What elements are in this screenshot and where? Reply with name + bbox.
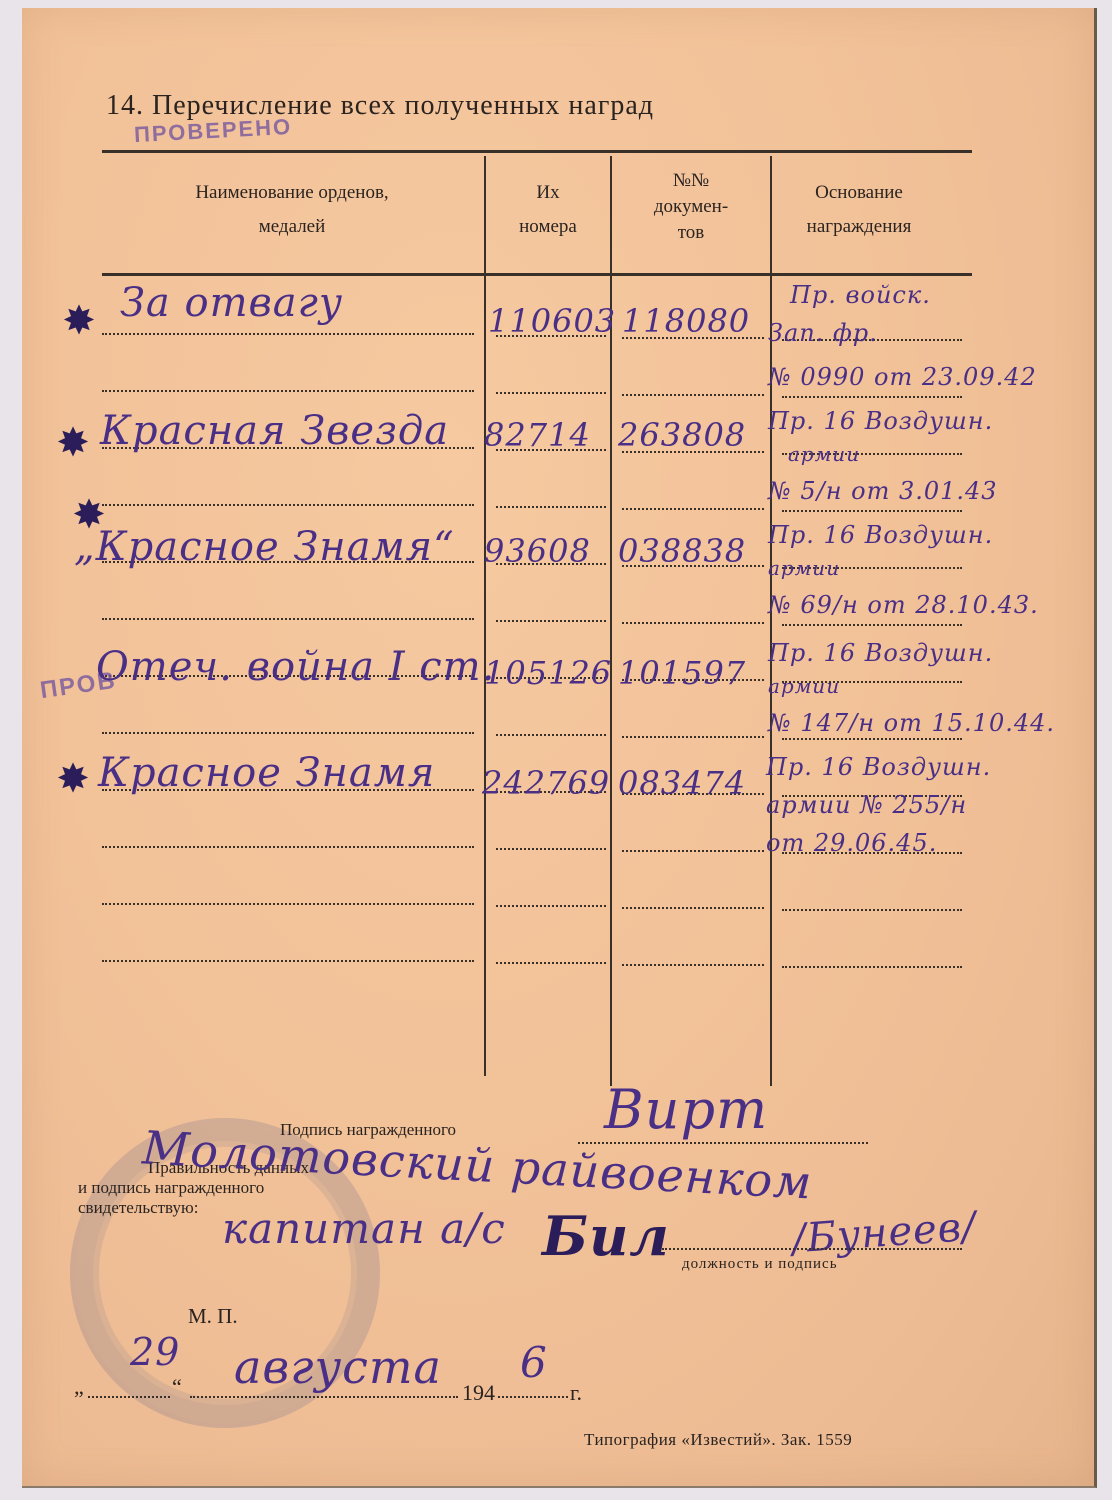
ruling-line xyxy=(622,964,764,966)
date-open-quote: „ xyxy=(74,1374,84,1400)
award-number: 110603 xyxy=(488,302,616,340)
ruling-line xyxy=(102,732,474,734)
ruling-line xyxy=(622,622,764,624)
official-title-line2: капитан а/с xyxy=(222,1204,506,1253)
position-signature-label: должность и подпись xyxy=(682,1256,838,1273)
award-document-number: 083474 xyxy=(618,764,746,802)
award-basis: Пр. 16 Воздушн. армии № 255/н от 29.06.4… xyxy=(766,748,1106,862)
ruling-line xyxy=(782,510,962,512)
ruling-line xyxy=(496,392,606,394)
ruling-line xyxy=(782,909,962,911)
ruling-line xyxy=(622,508,764,510)
table-top-rule xyxy=(102,150,972,153)
ruling-line xyxy=(782,396,962,398)
position-signature-line xyxy=(662,1248,962,1250)
date-close-quote: “ xyxy=(172,1374,182,1400)
award-document-number: 118080 xyxy=(622,302,750,340)
ruling-line xyxy=(622,394,764,396)
award-basis: Пр. 16 Воздушн. армии № 69/н от 28.10.43… xyxy=(768,516,1108,624)
recipient-signature: Вирт xyxy=(604,1078,768,1141)
award-name: За отвагу xyxy=(120,280,343,326)
award-name: Красное Знамя xyxy=(98,750,435,796)
award-document-page: 14. Перечисление всех полученных наград … xyxy=(22,8,1097,1488)
date-year-suffix: г. xyxy=(570,1380,582,1406)
ruling-line xyxy=(496,506,606,508)
seal-label: М. П. xyxy=(188,1304,238,1329)
ruling-line xyxy=(102,903,474,905)
date-year-line xyxy=(498,1396,568,1398)
ruling-line xyxy=(496,905,606,907)
ruling-line xyxy=(102,504,474,506)
award-name: Красная Звезда xyxy=(100,408,449,454)
award-basis: Пр. 16 Воздушн. армии № 147/н от 15.10.4… xyxy=(768,634,1108,742)
award-number: 82714 xyxy=(484,416,591,454)
ruling-line xyxy=(782,966,962,968)
column-header-numbers: Их номера xyxy=(488,176,608,244)
award-number: 93608 xyxy=(484,532,591,570)
star-mark-icon: ✸ xyxy=(56,762,90,796)
ruling-line xyxy=(102,846,474,848)
ruling-line xyxy=(782,624,962,626)
ruling-line xyxy=(622,736,764,738)
award-document-number: 263808 xyxy=(618,416,746,454)
ruling-line xyxy=(622,850,764,852)
award-basis: Пр. 16 Воздушн. армии № 5/н от 3.01.43 xyxy=(768,402,1098,510)
award-number: 105126 xyxy=(484,654,612,692)
date-year-prefix: 194 xyxy=(462,1380,495,1406)
award-name: „Красное Знамя“ xyxy=(74,524,455,570)
star-mark-icon: ✸ xyxy=(62,304,96,338)
ruling-line xyxy=(102,960,474,962)
column-header-document-numbers: №№ докумен- тов xyxy=(614,168,768,246)
ruling-line xyxy=(496,848,606,850)
ruling-line xyxy=(102,390,474,392)
award-document-number: 101597 xyxy=(618,654,746,692)
ruling-line xyxy=(496,620,606,622)
column-header-award-name: Наименование орденов, медалей xyxy=(112,176,472,244)
award-document-number: 038838 xyxy=(618,532,746,570)
section-title: 14. Перечисление всех полученных наград xyxy=(106,90,654,122)
column-divider-1 xyxy=(484,156,486,1076)
date-year-digit: 6 xyxy=(520,1338,548,1387)
ruling-line xyxy=(102,333,474,335)
award-basis: Пр. войск. Зап. фр. № 0990 от 23.09.42 xyxy=(768,276,1098,396)
ruling-line xyxy=(622,907,764,909)
ruling-line xyxy=(496,734,606,736)
official-signature: Бил xyxy=(542,1204,670,1268)
star-mark-icon: ✸ xyxy=(56,426,90,460)
award-name: Отеч. война I ст. xyxy=(96,644,495,690)
column-header-award-basis: Основание награждения xyxy=(774,176,944,244)
ruling-line xyxy=(496,962,606,964)
ruling-line xyxy=(102,618,474,620)
award-number: 242769 xyxy=(482,764,610,802)
date-month: августа xyxy=(234,1340,442,1394)
date-day: 29 xyxy=(130,1330,180,1374)
date-day-line xyxy=(88,1396,170,1398)
date-month-line xyxy=(190,1396,458,1398)
recipient-signature-line xyxy=(578,1142,868,1144)
printer-footer: Типография «Известий». Зак. 1559 xyxy=(584,1430,852,1450)
official-name: /Бунеев/ xyxy=(791,1204,978,1263)
column-divider-2 xyxy=(610,156,612,1086)
